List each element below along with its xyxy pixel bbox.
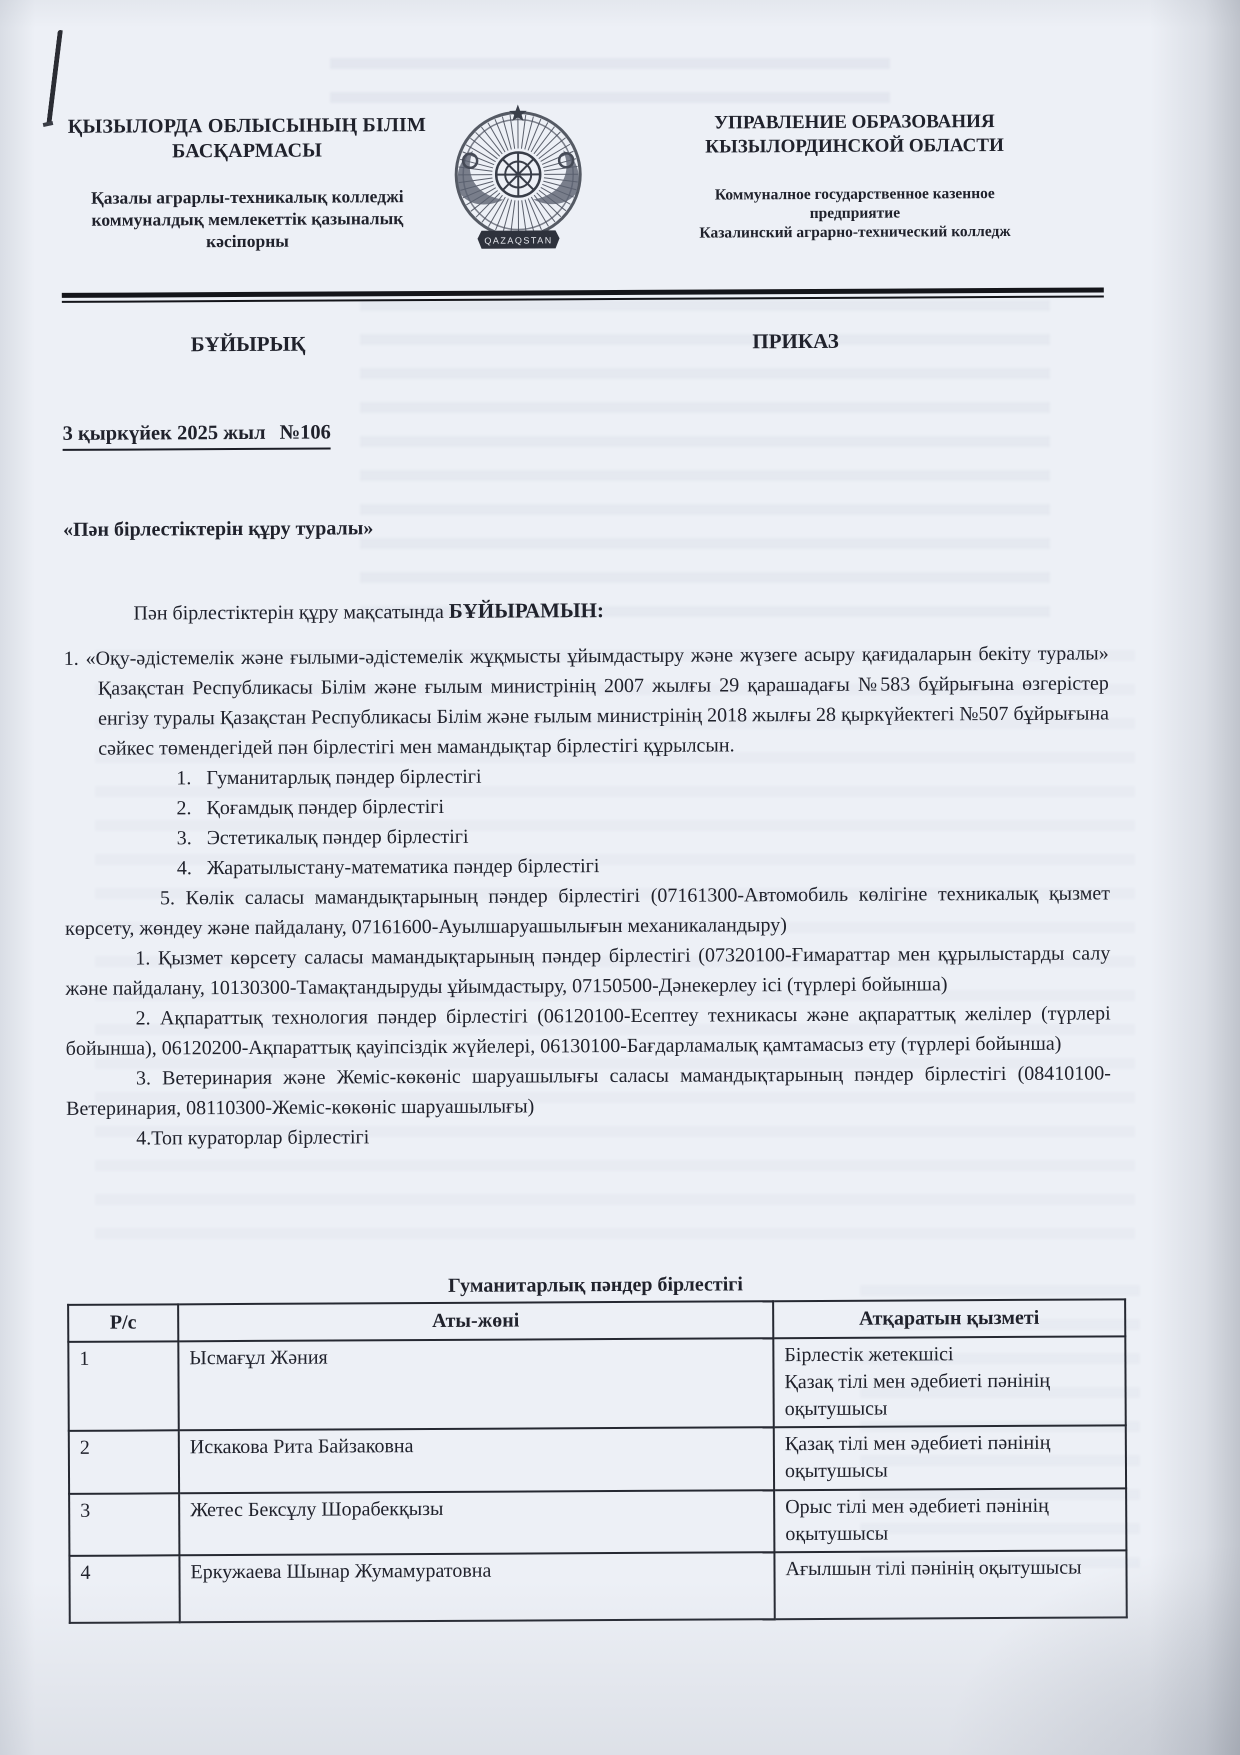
- order-subject: «Пән бірлестіктерін құру туралы»: [63, 517, 373, 542]
- table-row: 4Еркужаева Шынар ЖумамуратовнаАғылшын ті…: [69, 1550, 1126, 1623]
- cell-role: Орыс тілі мен әдебиеті пәнінің оқытушысы: [774, 1488, 1126, 1552]
- cell-num: 1: [68, 1341, 178, 1431]
- role-line: Бірлестік жетекшісі: [784, 1340, 1114, 1369]
- text-line: УПРАВЛЕНИЕ ОБРАЗОВАНИЯ: [603, 109, 1106, 136]
- association-list-item: Қоғамдық пәндер бірлестігі: [176, 788, 1109, 823]
- cell-num: 4: [69, 1555, 179, 1623]
- letterhead: ҚЫЗЫЛОРДА ОБЛЫСЫНЫҢ БІЛІМБАСҚАРМАСЫ Қаза…: [61, 109, 1107, 272]
- body-paragraph: 1. Қызмет көрсету саласы мамандықтарының…: [65, 938, 1110, 1003]
- association-list-item: Жаратылыстану-математика пәндер бірлесті…: [177, 848, 1110, 883]
- body-paragraph: 3. Ветеринария және Жеміс-көкөніс шаруаш…: [66, 1058, 1111, 1123]
- order-date: 3 қыркүйек 2025 жыл: [62, 422, 265, 445]
- text-line: коммуналдық мемлекеттік қазыналық: [61, 207, 433, 231]
- body-list-item-5: 5. Көлік саласы мамандықтарының пәндер б…: [65, 878, 1110, 943]
- table-row: 1Ысмағұл ЖәнияБірлестік жетекшісіҚазақ т…: [68, 1336, 1125, 1431]
- body-paragraph: 4.Топ кураторлар бірлестігі: [66, 1118, 1111, 1153]
- order-title-row: БҰЙЫРЫҚ ПРИКАЗ: [62, 327, 1107, 357]
- header-double-rule: [62, 287, 1104, 302]
- role-line: Қазақ тілі мен әдебиеті пәнінің оқытушыс…: [785, 1429, 1115, 1485]
- order-body: 1. «Оқу-әдістемелік және ғылыми-әдістеме…: [64, 638, 1112, 1153]
- org-title-kk: ҚЫЗЫЛОРДА ОБЛЫСЫНЫҢ БІЛІМБАСҚАРМАСЫ: [61, 113, 433, 165]
- resolution-line: Пән бірлестіктерін құру мақсатында БҰЙЫР…: [63, 595, 1108, 625]
- cell-role: Қазақ тілі мен әдебиеті пәнінің оқытушыс…: [774, 1425, 1126, 1490]
- body-paragraphs: 1. Қызмет көрсету саласы мамандықтарының…: [65, 938, 1111, 1153]
- org-subtitle-kk: Қазалы аграрлы-техникалық колледжікоммун…: [61, 185, 433, 253]
- cell-num: 2: [69, 1430, 179, 1494]
- letterhead-russian-block: УПРАВЛЕНИЕ ОБРАЗОВАНИЯКЫЗЫЛОРДИНСКОЙ ОБЛ…: [597, 109, 1107, 243]
- text-line: Казалинский аграрно-технический колледж: [603, 221, 1106, 243]
- emblem-banner-text: QAZAQSTAN: [484, 235, 552, 245]
- order-number: №106: [265, 422, 330, 444]
- org-title-ru: УПРАВЛЕНИЕ ОБРАЗОВАНИЯКЫЗЫЛОРДИНСКОЙ ОБЛ…: [603, 109, 1106, 160]
- cell-role: Бірлестік жетекшісіҚазақ тілі мен әдебие…: [773, 1336, 1125, 1427]
- cell-num: 3: [69, 1493, 179, 1556]
- cell-name: Искакова Рита Байзаковна: [179, 1427, 774, 1493]
- order-title-ru: ПРИКАЗ: [434, 327, 1107, 356]
- resolution-verb: БҰЙЫРАМЫН:: [449, 598, 604, 623]
- cell-name: Жетес Бексұлу Шорабекқызы: [179, 1490, 774, 1555]
- document-content: ҚЫЗЫЛОРДА ОБЛЫСЫНЫҢ БІЛІМБАСҚАРМАСЫ Қаза…: [0, 0, 1240, 1755]
- role-line: Орыс тілі мен әдебиеті пәнінің оқытушысы: [785, 1492, 1115, 1548]
- body-numbered-list: Гуманитарлық пәндер бірлестігіҚоғамдық п…: [64, 758, 1110, 883]
- body-paragraph-1: 1. «Оқу-әдістемелік және ғылыми-әдістеме…: [64, 638, 1110, 763]
- col-header-role: Атқаратын қызметі: [773, 1299, 1125, 1338]
- cell-role: Ағылшын тілі пәнінің оқытушысы: [774, 1550, 1126, 1619]
- col-header-num: Р/с: [68, 1304, 178, 1342]
- text-line: БАСҚАРМАСЫ: [61, 138, 433, 165]
- text-line: КЫЗЫЛОРДИНСКОЙ ОБЛАСТИ: [603, 133, 1106, 160]
- table-title: Гуманитарлық пәндер бірлестігі: [67, 1269, 1124, 1301]
- humanities-table-section: Гуманитарлық пәндер бірлестігі Р/с Аты-ж…: [67, 1269, 1126, 1624]
- table-row: 3Жетес Бексұлу ШорабекқызыОрыс тілі мен …: [69, 1488, 1126, 1556]
- cell-name: Ысмағұл Жәния: [178, 1338, 773, 1430]
- text-line: Коммуналное государственное казенное: [603, 183, 1106, 205]
- letterhead-kazakh-block: ҚЫЗЫЛОРДА ОБЛЫСЫНЫҢ БІЛІМБАСҚАРМАСЫ Қаза…: [61, 113, 434, 253]
- text-line: кәсіпорны: [61, 229, 433, 253]
- table-row: 2Искакова Рита БайзаковнаҚазақ тілі мен …: [69, 1425, 1126, 1494]
- role-line: Ағылшын тілі пәнінің оқытушысы: [785, 1554, 1115, 1583]
- humanities-members-table: Р/с Аты-жөні Атқаратын қызметі 1Ысмағұл …: [67, 1298, 1128, 1624]
- kazakhstan-emblem-icon: QAZAQSTAN: [443, 98, 594, 257]
- text-line: ҚЫЗЫЛОРДА ОБЛЫСЫНЫҢ БІЛІМ: [61, 113, 433, 140]
- text-line: предприятие: [603, 202, 1106, 224]
- scanned-document-page: ҚЫЗЫЛОРДА ОБЛЫСЫНЫҢ БІЛІМБАСҚАРМАСЫ Қаза…: [0, 0, 1240, 1755]
- col-header-name: Аты-жөні: [178, 1301, 773, 1341]
- body-paragraph: 2. Ақпараттық технология пәндер бірлесті…: [66, 998, 1111, 1063]
- order-date-number: 3 қыркүйек 2025 жыл№106: [62, 422, 331, 451]
- association-list-item: Эстетикалық пәндер бірлестігі: [177, 818, 1110, 853]
- org-subtitle-ru: Коммуналное государственное казенноепред…: [603, 183, 1106, 243]
- cell-name: Еркужаева Шынар Жумамуратовна: [179, 1552, 774, 1622]
- resolution-prefix: Пән бірлестіктерін құру мақсатында: [133, 601, 448, 625]
- text-line: Қазалы аграрлы-техникалық колледжі: [61, 185, 433, 209]
- role-line: Қазақ тілі мен әдебиеті пәнінің оқытушыс…: [784, 1367, 1114, 1423]
- order-title-kk: БҰЙЫРЫҚ: [62, 331, 434, 358]
- table-header-row: Р/с Аты-жөні Атқаратын қызметі: [68, 1299, 1125, 1342]
- association-list-item: Гуманитарлық пәндер бірлестігі: [176, 758, 1109, 793]
